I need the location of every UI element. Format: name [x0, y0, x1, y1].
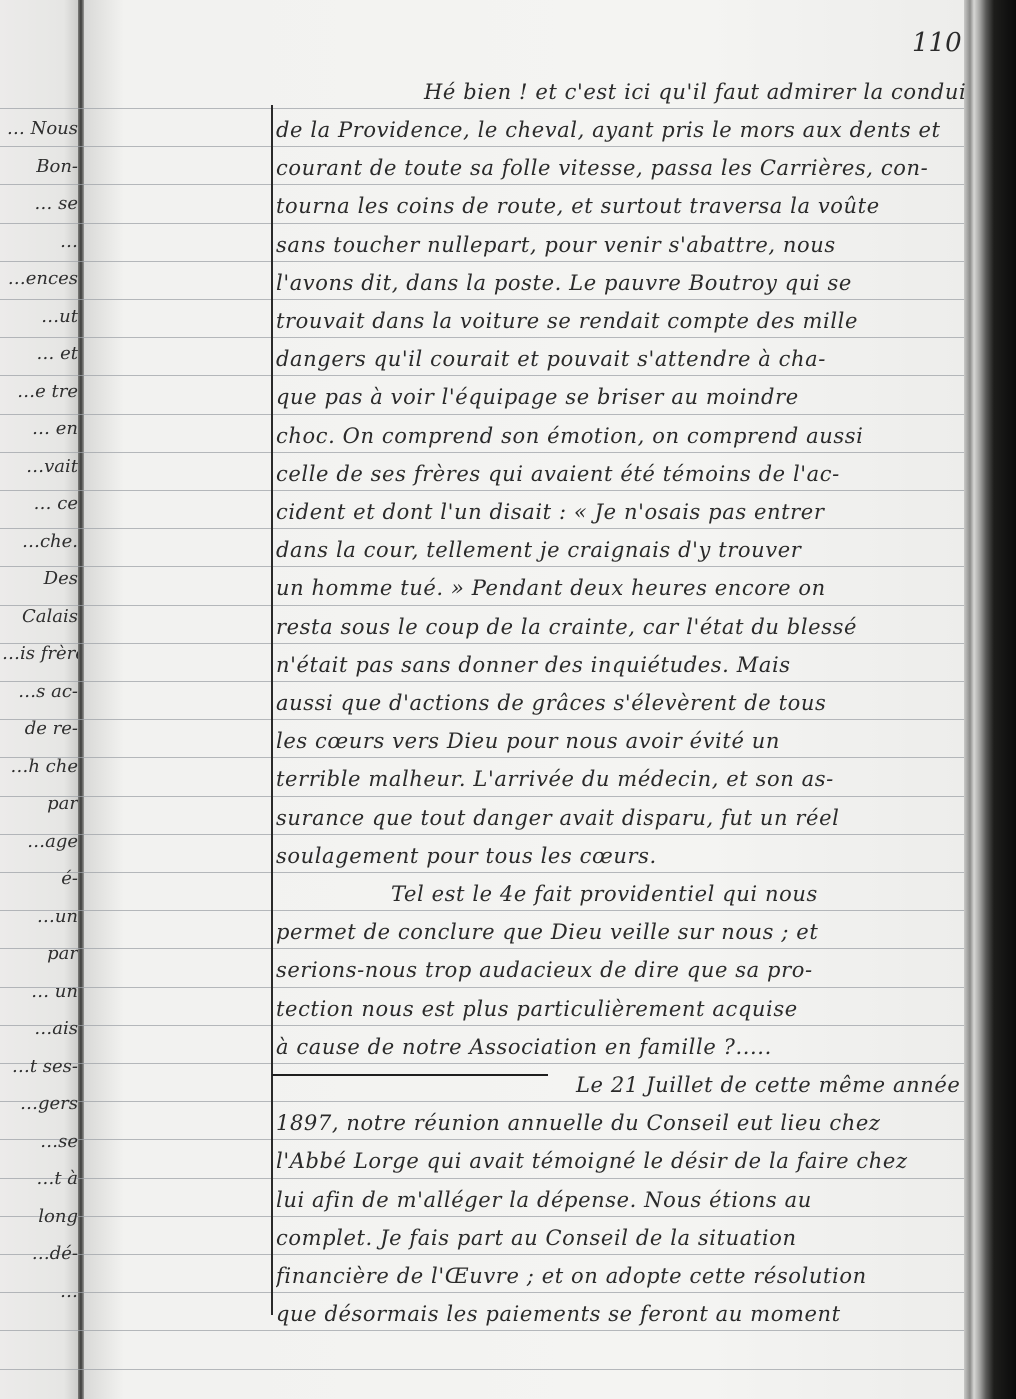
left-page-fragment: …che.: [2, 527, 78, 557]
left-page-fragment: …s ac-: [2, 677, 78, 707]
text-line: lui afin de m'alléger la dépense. Nous é…: [276, 1182, 966, 1218]
text-line: l'Abbé Lorge qui avait témoigné le désir…: [276, 1143, 966, 1179]
left-page-fragment: …h che: [2, 752, 78, 782]
text-line: celle de ses frères qui avaient été témo…: [276, 456, 966, 492]
text-line: choc. On comprend son émotion, on compre…: [276, 418, 966, 454]
margin-rule: [271, 105, 273, 1315]
text-line: que désormais les paiements se feront au…: [276, 1296, 966, 1332]
left-page-fragment: par: [2, 939, 78, 969]
text-line: tection nous est plus particulièrement a…: [276, 991, 966, 1027]
text-line: trouvait dans la voiture se rendait comp…: [276, 303, 966, 339]
left-page-fragment: Des: [2, 564, 78, 594]
text-line: courant de toute sa folle vitesse, passa…: [276, 150, 966, 186]
left-page-fragment: …ut: [2, 302, 78, 332]
text-line: les cœurs vers Dieu pour nous avoir évit…: [276, 723, 966, 759]
text-line: Hé bien ! et c'est ici qu'il faut admire…: [276, 74, 966, 110]
page-number: 110: [912, 28, 962, 58]
left-page-fragment: de re-: [2, 714, 78, 744]
left-page-fragment: …t à: [2, 1164, 78, 1194]
text-line: Tel est le 4e fait providentiel qui nous: [276, 876, 966, 912]
left-page-fragment: …e tre: [2, 377, 78, 407]
left-page-fragment: Bon-: [2, 152, 78, 182]
left-page-fragment: …se: [2, 1127, 78, 1157]
left-page-fragment: …is frère: [2, 639, 78, 669]
left-page-fragment: …vait: [2, 452, 78, 482]
left-page-fragment: …un: [2, 902, 78, 932]
left-page-fragment: … et: [2, 339, 78, 369]
left-page-fragment: … se: [2, 189, 78, 219]
text-line: cident et dont l'un disait : « Je n'osai…: [276, 494, 966, 530]
text-line: 1897, notre réunion annuelle du Conseil …: [276, 1105, 966, 1141]
text-line: sans toucher nullepart, pour venir s'aba…: [276, 227, 966, 263]
left-page-fragment: …gers: [2, 1089, 78, 1119]
left-page-fragment: par: [2, 789, 78, 819]
ruled-line: [0, 1369, 964, 1370]
left-page-fragment: é-: [2, 864, 78, 894]
left-page-fragment: … ce: [2, 489, 78, 519]
left-page-fragment: … Nous: [2, 114, 78, 144]
text-line: resta sous le coup de la crainte, car l'…: [276, 609, 966, 645]
text-line: de la Providence, le cheval, ayant pris …: [276, 112, 966, 148]
left-page-fragment: … un: [2, 977, 78, 1007]
left-page-fragment: …ences: [2, 264, 78, 294]
left-page-fragment: Calais: [2, 602, 78, 632]
text-line: l'avons dit, dans la poste. Le pauvre Bo…: [276, 265, 966, 301]
text-line: permet de conclure que Dieu veille sur n…: [276, 914, 966, 950]
text-line: à cause de notre Association en famille …: [276, 1029, 966, 1065]
text-line: un homme tué. » Pendant deux heures enco…: [276, 570, 966, 606]
left-page-fragment: long: [2, 1202, 78, 1232]
text-line: dangers qu'il courait et pouvait s'atten…: [276, 341, 966, 377]
text-line: soulagement pour tous les cœurs.: [276, 838, 966, 874]
text-line: n'était pas sans donner des inquiétudes.…: [276, 647, 966, 683]
left-page-fragment: …age: [2, 827, 78, 857]
left-page-fragment: …: [2, 1277, 78, 1307]
text-line: dans la cour, tellement je craignais d'y…: [276, 532, 966, 568]
text-line: serions-nous trop audacieux de dire que …: [276, 952, 966, 988]
text-line: Le 21 Juillet de cette même année: [276, 1067, 966, 1103]
page-edge-binding: [964, 0, 1016, 1399]
text-line: tourna les coins de route, et surtout tr…: [276, 188, 966, 224]
left-page-fragment: …dé-: [2, 1239, 78, 1269]
text-line: terrible malheur. L'arrivée du médecin, …: [276, 761, 966, 797]
text-line: aussi que d'actions de grâces s'élevèren…: [276, 685, 966, 721]
left-page-fragment: …: [2, 227, 78, 257]
left-page-fragment: …ais: [2, 1014, 78, 1044]
text-line: complet. Je fais part au Conseil de la s…: [276, 1220, 966, 1256]
left-page-fragment: … en: [2, 414, 78, 444]
left-page-fragment: …t ses-: [2, 1052, 78, 1082]
text-line: financière de l'Œuvre ; et on adopte cet…: [276, 1258, 966, 1294]
text-line: surance que tout danger avait disparu, f…: [276, 800, 966, 836]
text-line: que pas à voir l'équipage se briser au m…: [276, 379, 966, 415]
